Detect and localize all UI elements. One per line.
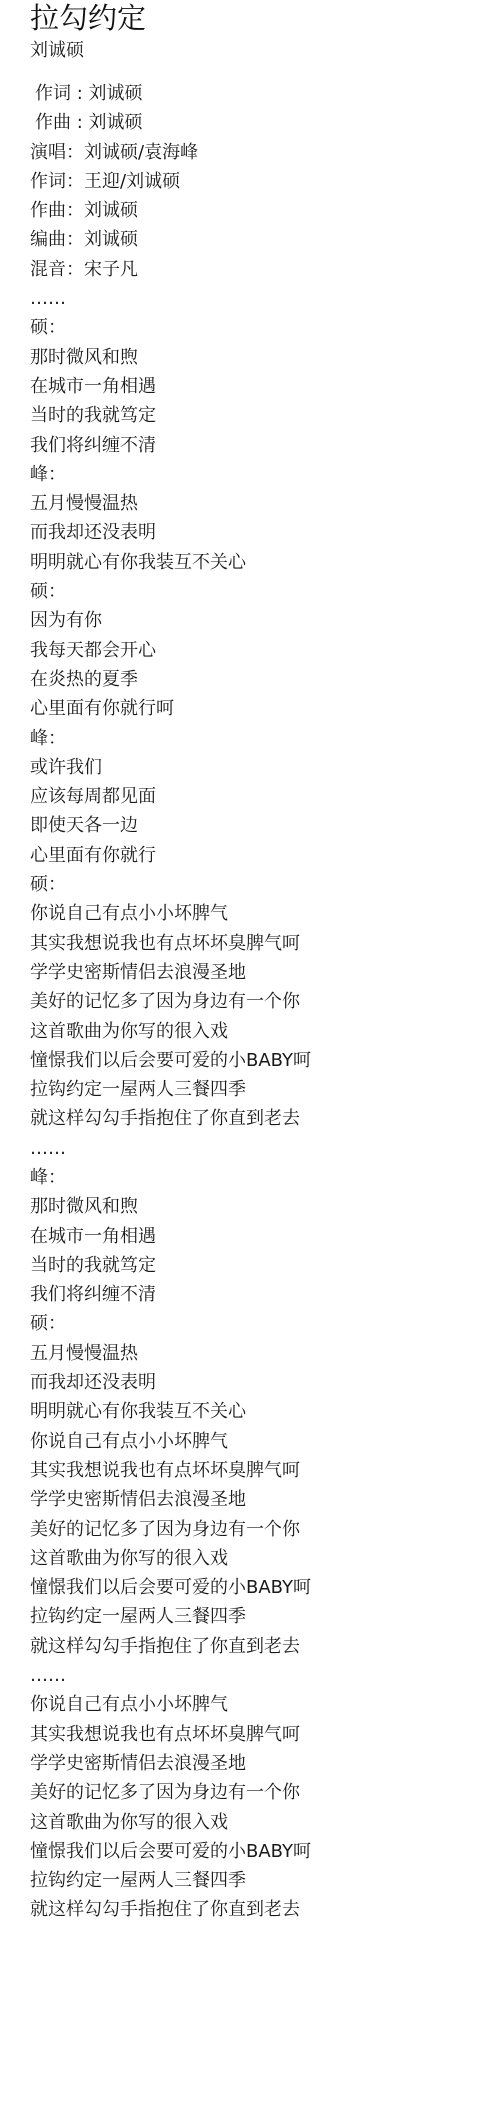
lyric-line: 五月慢慢温热 [30,1339,500,1368]
lyric-line: 作词 : 刘诚硕 [30,79,500,108]
lyric-line: 就这样勾勾手指抱住了你直到老去 [30,1632,500,1661]
lyric-line: 憧憬我们以后会要可爱的小BABY呵 [30,1046,500,1075]
lyric-line: 学学史密斯情侣去浪漫圣地 [30,1485,500,1514]
lyric-line: 这首歌曲为你写的很入戏 [30,1017,500,1046]
lyric-line: 心里面有你就行呵 [30,694,500,723]
lyric-line: 五月慢慢温热 [30,489,500,518]
lyric-line: 拉钩约定一屋两人三餐四季 [30,1602,500,1631]
lyric-ellipsis: …… [30,284,500,313]
lyric-line: 硕： [30,1309,500,1338]
lyric-line: 当时的我就笃定 [30,401,500,430]
lyric-line: 在炎热的夏季 [30,665,500,694]
lyric-line: 那时微风和煦 [30,343,500,372]
lyric-line: 美好的记忆多了因为身边有一个你 [30,1515,500,1544]
lyric-line: 在城市一角相遇 [30,372,500,401]
lyric-line: 硕： [30,870,500,899]
lyric-line: 硕： [30,577,500,606]
lyric-line: 混音：宋子凡 [30,255,500,284]
song-artist: 刘诚硕 [30,40,500,64]
lyric-line: 憧憬我们以后会要可爱的小BABY呵 [30,1573,500,1602]
lyric-ellipsis: …… [30,1134,500,1163]
lyric-line: 美好的记忆多了因为身边有一个你 [30,987,500,1016]
lyric-line: 你说自己有点小小坏脾气 [30,899,500,928]
lyric-line: 学学史密斯情侣去浪漫圣地 [30,958,500,987]
lyric-line: 就这样勾勾手指抱住了你直到老去 [30,1104,500,1133]
lyric-line: 编曲：刘诚硕 [30,225,500,254]
lyric-line: 峰： [30,724,500,753]
lyric-line: 这首歌曲为你写的很入戏 [30,1544,500,1573]
lyric-line: 因为有你 [30,606,500,635]
lyric-line: 在城市一角相遇 [30,1222,500,1251]
lyric-line: 拉钩约定一屋两人三餐四季 [30,1075,500,1104]
song-title: 拉勾约定 [30,0,500,36]
lyric-line: 那时微风和煦 [30,1192,500,1221]
lyric-line: 学学史密斯情侣去浪漫圣地 [30,1749,500,1778]
lyric-line: 其实我想说我也有点坏坏臭脾气呵 [30,1456,500,1485]
lyric-line: 作词：王迎/刘诚硕 [30,167,500,196]
lyric-line: 而我却还没表明 [30,1368,500,1397]
lyric-line: 拉钩约定一屋两人三餐四季 [30,1866,500,1895]
lyric-line: 你说自己有点小小坏脾气 [30,1427,500,1456]
lyric-line: 憧憬我们以后会要可爱的小BABY呵 [30,1837,500,1866]
lyrics-body: 作词 : 刘诚硕作曲 : 刘诚硕演唱：刘诚硕/袁海峰作词：王迎/刘诚硕作曲：刘诚… [30,79,500,1925]
lyric-line: 我们将纠缠不清 [30,1280,500,1309]
lyric-line: 心里面有你就行 [30,841,500,870]
lyric-line: 即使天各一边 [30,811,500,840]
lyric-line: 这首歌曲为你写的很入戏 [30,1808,500,1837]
lyric-line: 或许我们 [30,753,500,782]
lyric-line: 硕： [30,313,500,342]
lyric-line: 我每天都会开心 [30,636,500,665]
lyric-line: 峰： [30,460,500,489]
lyric-line: 其实我想说我也有点坏坏臭脾气呵 [30,929,500,958]
lyric-line: 而我却还没表明 [30,518,500,547]
lyric-line: 作曲：刘诚硕 [30,196,500,225]
lyric-line: 明明就心有你我装互不关心 [30,1397,500,1426]
lyric-line: 你说自己有点小小坏脾气 [30,1690,500,1719]
lyric-line: 就这样勾勾手指抱住了你直到老去 [30,1895,500,1924]
lyric-line: 我们将纠缠不清 [30,431,500,460]
lyric-line: 演唱：刘诚硕/袁海峰 [30,138,500,167]
lyric-line: 作曲 : 刘诚硕 [30,108,500,137]
lyric-line: 当时的我就笃定 [30,1251,500,1280]
lyrics-page: 拉勾约定 刘诚硕 作词 : 刘诚硕作曲 : 刘诚硕演唱：刘诚硕/袁海峰作词：王迎… [0,0,500,1925]
lyric-line: 应该每周都见面 [30,782,500,811]
lyric-ellipsis: …… [30,1661,500,1690]
lyric-line: 峰： [30,1163,500,1192]
lyric-line: 明明就心有你我装互不关心 [30,548,500,577]
lyric-line: 其实我想说我也有点坏坏臭脾气呵 [30,1720,500,1749]
lyric-line: 美好的记忆多了因为身边有一个你 [30,1778,500,1807]
